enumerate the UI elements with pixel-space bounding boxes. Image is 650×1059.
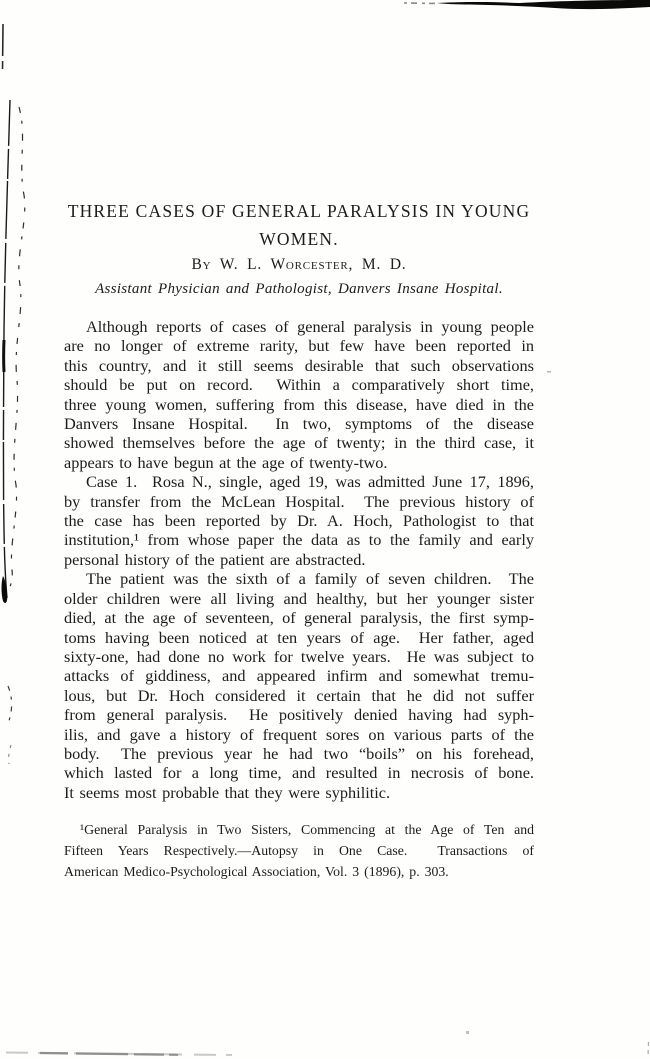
text-line: ¹General Paralysis in Two Sisters, Comme… bbox=[64, 819, 534, 840]
scan-artifact-bottom-line bbox=[6, 1053, 232, 1056]
scan-artifact-top-dots bbox=[404, 3, 438, 4]
article-title-line2: WOMEN. bbox=[64, 225, 534, 253]
text-line: Although reports of cases of general par… bbox=[64, 317, 534, 336]
text-line: three young women, suffering from this d… bbox=[64, 395, 534, 414]
text-line: toms having been noticed at ten years of… bbox=[64, 628, 534, 647]
text-line: institution,¹ from whose paper the data … bbox=[64, 530, 534, 549]
article-footnote: ¹General Paralysis in Two Sisters, Comme… bbox=[64, 819, 534, 882]
text-line: Case 1. Rosa N., single, aged 19, was ad… bbox=[64, 472, 534, 491]
text-line: the case has been reported by Dr. A. Hoc… bbox=[64, 511, 534, 530]
scan-artifact-lower-curl bbox=[7, 686, 12, 726]
text-line: sixty-one, had done no work for twelve y… bbox=[64, 647, 534, 666]
scanned-page: THREE CASES OF GENERAL PARALYSIS IN YOUN… bbox=[0, 0, 650, 1059]
scan-artifact-topleft-dash bbox=[3, 24, 4, 72]
text-line: from general paralysis. He positively de… bbox=[64, 705, 534, 724]
text-line: Danvers Insane Hospital. In two, symptom… bbox=[64, 414, 534, 433]
text-line: by transfer from the McLean Hospital. Th… bbox=[64, 492, 534, 511]
paragraph: ¹General Paralysis in Two Sisters, Comme… bbox=[64, 819, 534, 882]
scan-artifact-binding-line bbox=[3, 100, 10, 598]
paragraph: Although reports of cases of general par… bbox=[64, 317, 534, 472]
paragraph: The patient was the sixth of a family of… bbox=[64, 569, 534, 802]
text-line: American Medico-Psychological Associatio… bbox=[64, 861, 534, 882]
text-line: died, at the age of seventeen, of genera… bbox=[64, 608, 534, 627]
text-line: personal history of the patient are abst… bbox=[64, 550, 534, 569]
scan-artifact-lower-dash bbox=[9, 745, 11, 764]
text-line: appears to have begun at the age of twen… bbox=[64, 453, 534, 472]
article-title-line1: THREE CASES OF GENERAL PARALYSIS IN YOUN… bbox=[64, 197, 534, 225]
article-body: Although reports of cases of general par… bbox=[64, 317, 534, 802]
scan-artifact-top-streak bbox=[437, 0, 650, 9]
text-line: body. The previous year he had two “boil… bbox=[64, 744, 534, 763]
text-line: lous, but Dr. Hoch considered it certain… bbox=[64, 686, 534, 705]
article-title: THREE CASES OF GENERAL PARALYSIS IN YOUN… bbox=[64, 197, 534, 253]
text-line: It seems most probable that they were sy… bbox=[64, 783, 534, 802]
text-line: should be put on record. Within a compar… bbox=[64, 375, 534, 394]
text-line: older children were all living and healt… bbox=[64, 589, 534, 608]
scan-speck-lower bbox=[466, 1031, 469, 1034]
scan-artifact-bottom-line-dark bbox=[40, 1053, 178, 1055]
text-line: Fifteen Years Respectively.—Autopsy in O… bbox=[64, 840, 534, 861]
author-byline: By W. L. Worcester, M. D. bbox=[64, 256, 534, 274]
text-line: are no longer of extreme rarity, but few… bbox=[64, 336, 534, 355]
text-line: showed themselves before the age of twen… bbox=[64, 433, 534, 452]
text-line: attacks of giddiness, and appeared infir… bbox=[64, 666, 534, 685]
scan-artifact-bottomright-dash bbox=[648, 1042, 649, 1056]
text-line: The patient was the sixth of a family of… bbox=[64, 569, 534, 588]
author-affiliation: Assistant Physician and Pathologist, Dan… bbox=[64, 281, 534, 298]
text-line: ilis, and gave a history of frequent sor… bbox=[64, 725, 534, 744]
paragraph: Case 1. Rosa N., single, aged 19, was ad… bbox=[64, 472, 534, 569]
text-line: which lasted for a long time, and result… bbox=[64, 763, 534, 782]
scan-speck-right-margin bbox=[547, 371, 551, 373]
scan-artifact-crease bbox=[9, 107, 25, 590]
text-line: this country, and it still seems desirab… bbox=[64, 356, 534, 375]
scan-artifact-binding-blob bbox=[2, 576, 8, 603]
